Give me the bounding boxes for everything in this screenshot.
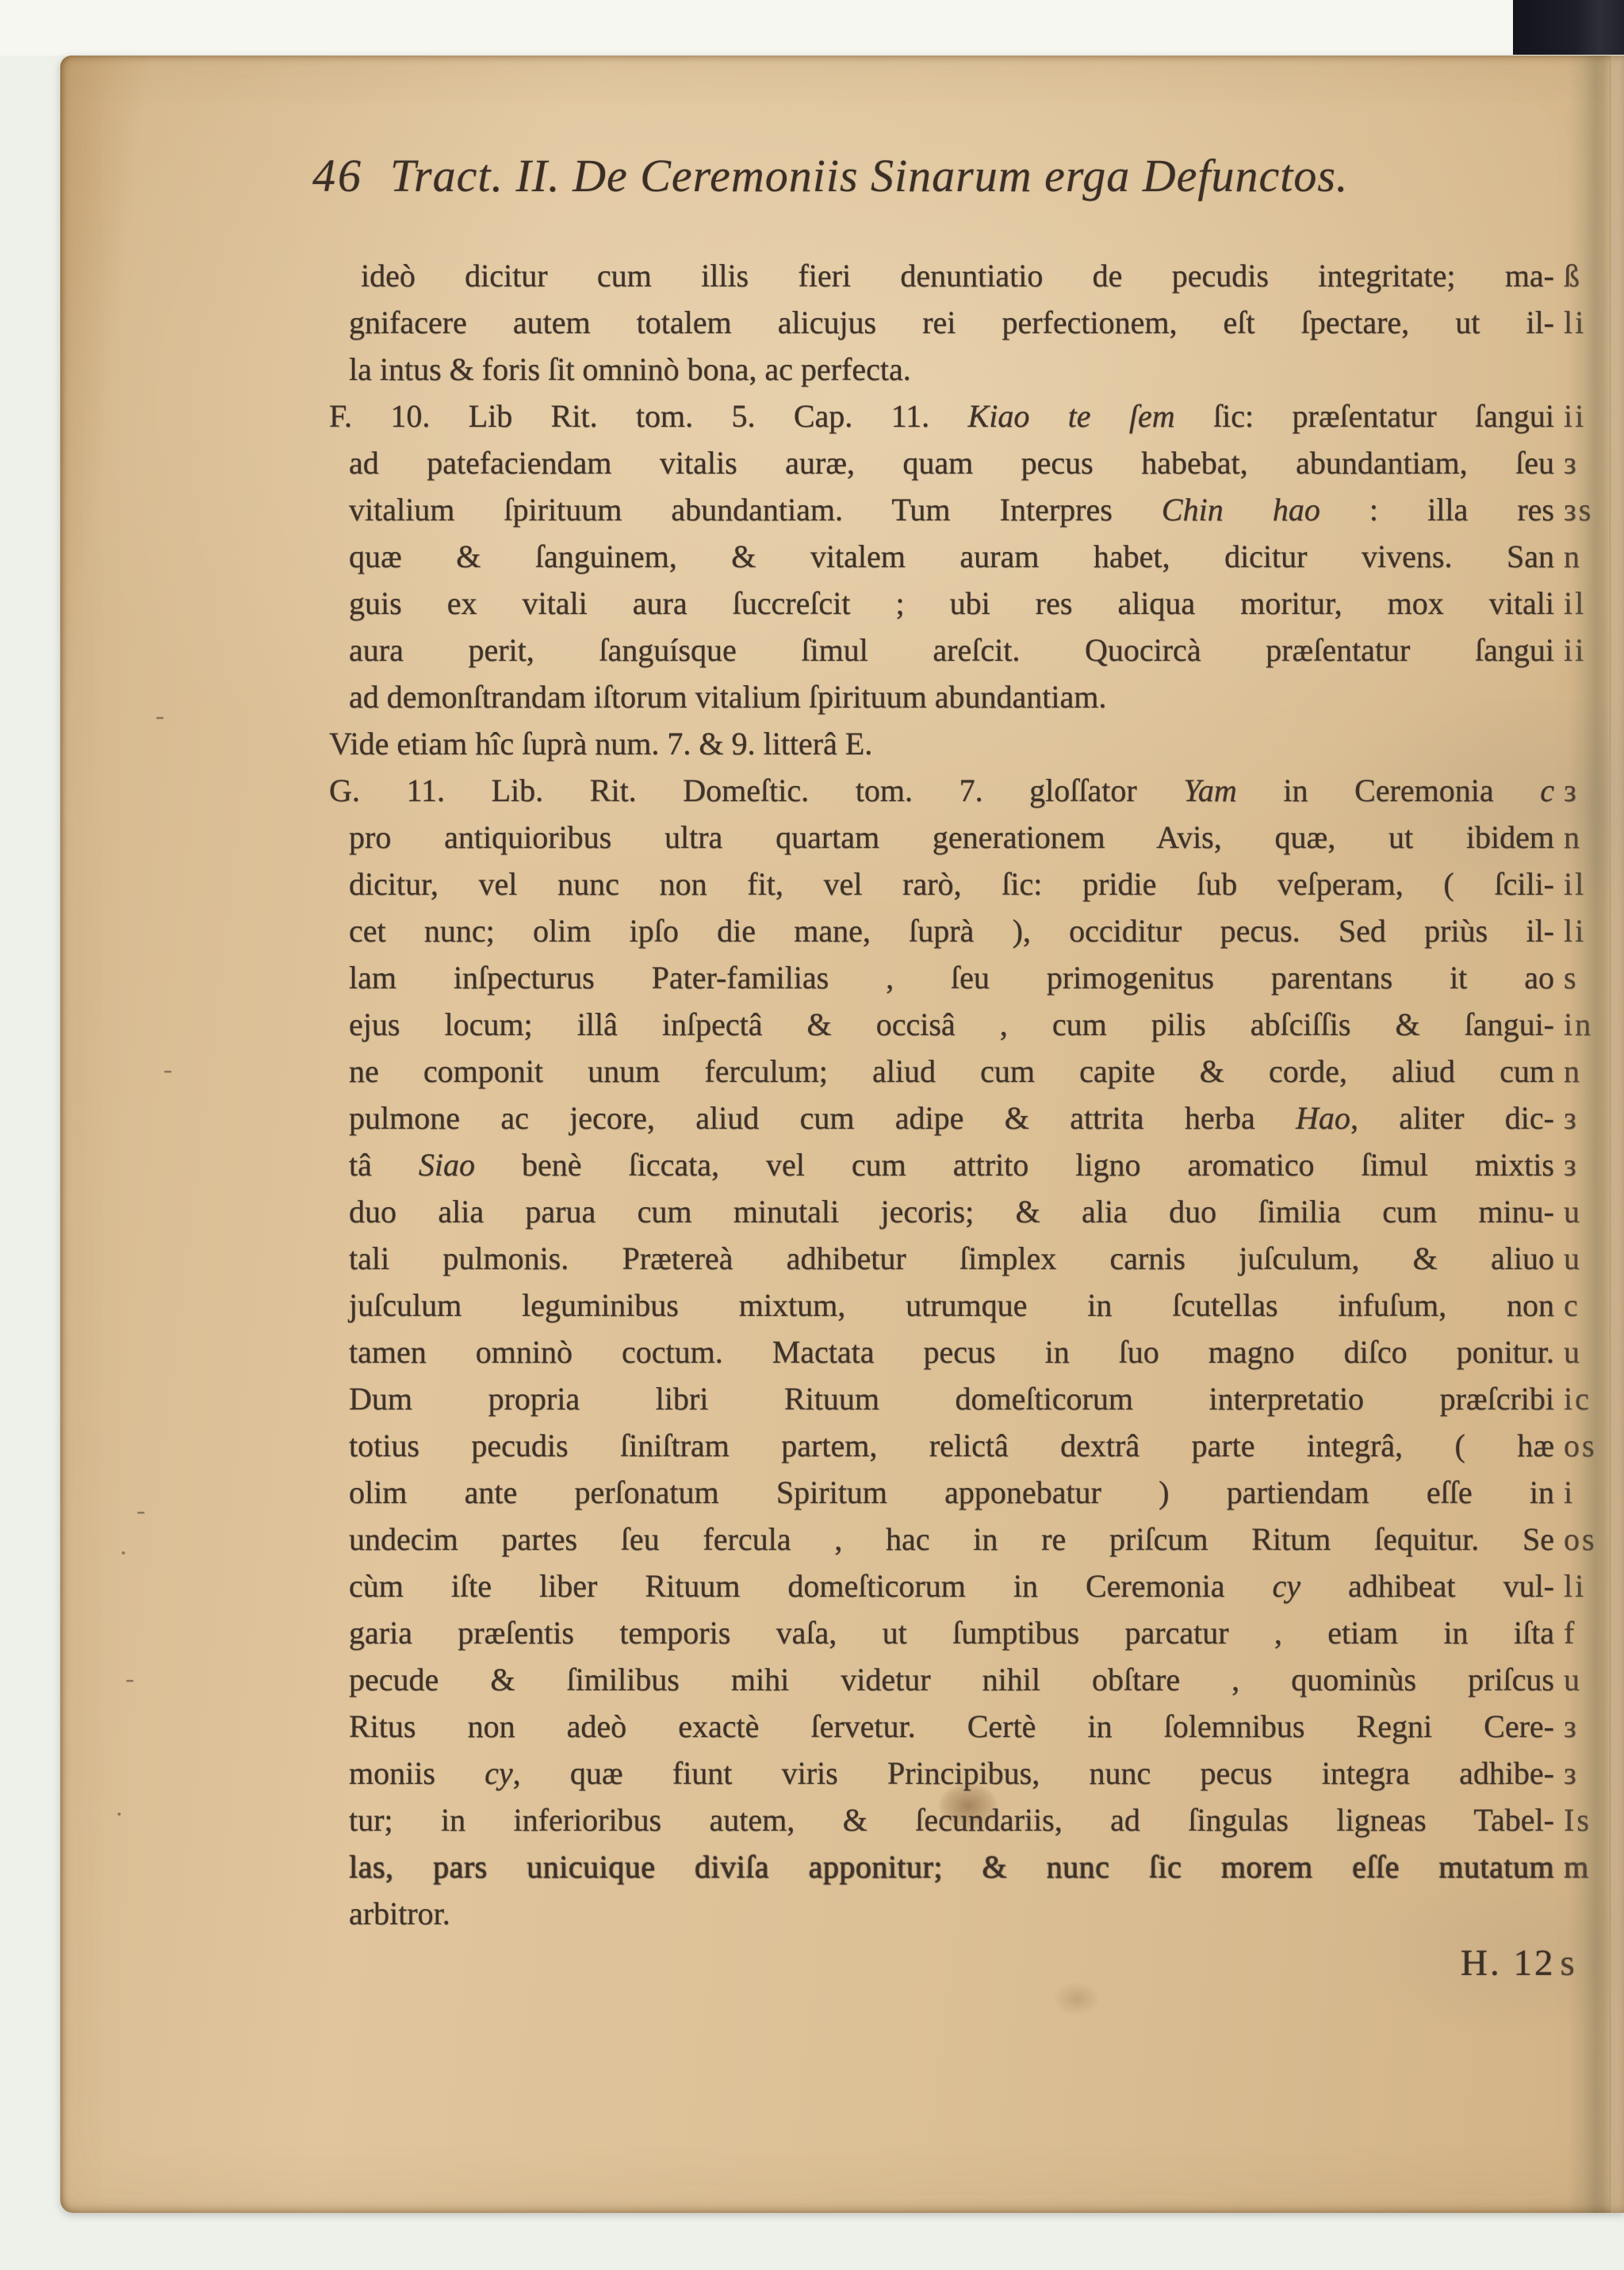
text-line: ne componit unum ferculum; aliud cum cap… <box>349 1048 1554 1095</box>
margin-mark: - <box>155 701 164 731</box>
text-line: garia præſentis temporis vaſa, ut ſumpti… <box>349 1609 1554 1656</box>
page-header: 46Tract. II. De Ceremoniis Sinarum erga … <box>312 149 1549 202</box>
scan-dark-strip <box>1513 0 1624 55</box>
text-line: cet nunc; olim ipſo die mane, ſuprà ), o… <box>349 907 1554 954</box>
text-line: tur; in inferioribus autem, & ſecundarii… <box>349 1796 1554 1843</box>
margin-mark: - <box>125 1664 134 1694</box>
text-line: ad demonſtrandam iſtorum vitalium ſpirit… <box>349 673 1554 720</box>
margin-mark: · <box>119 1539 128 1569</box>
text-line: quæ & ſanguinem, & vitalem auram habet, … <box>349 533 1554 580</box>
text-line: G. 11. Lib. Rit. Domeſtic. tom. 7. gloſſ… <box>329 767 1554 814</box>
text-line: pro antiquioribus ultra quartam generati… <box>349 814 1554 861</box>
text-line: aura perit, ſanguísque ſimul areſcit. Qu… <box>349 627 1554 673</box>
running-title: Tract. II. De Ceremoniis Sinarum erga De… <box>390 150 1348 201</box>
text-line: Ritus non adeò exactè ſervetur. Certè in… <box>349 1703 1554 1750</box>
margin-mark: - <box>163 1055 172 1085</box>
text-line: guis ex vitali aura ſuccreſcit ; ubi res… <box>349 580 1554 627</box>
ink-stain <box>1053 1981 1101 2016</box>
italic-term: cy <box>1273 1568 1301 1604</box>
text-line: totius pecudis ſiniſtram partem, relictâ… <box>349 1422 1554 1469</box>
text-line: ideò dicitur cum illis fieri denuntiatio… <box>349 252 1554 299</box>
italic-term: c <box>1540 773 1554 808</box>
scan-background: 46Tract. II. De Ceremoniis Sinarum erga … <box>0 0 1624 2270</box>
scanner-top-strip <box>0 0 1624 56</box>
text-line: moniis cy, quæ fiunt viris Principibus, … <box>349 1750 1554 1796</box>
text-block: ideò dicitur cum illis fieri denuntiatio… <box>349 252 1554 1937</box>
text-line: Dum propria libri Rituum domeſticorum in… <box>349 1375 1554 1422</box>
margin-mark: . <box>116 1793 123 1823</box>
catchword: H. 12s <box>1461 1942 1577 1984</box>
text-line: dicitur, vel nunc non fit, vel rarò, ſic… <box>349 861 1554 907</box>
margin-mark: - <box>136 1496 145 1526</box>
text-line: tamen omninò coctum. Mactata pecus in ſu… <box>349 1329 1554 1375</box>
text-line: pulmone ac jecore, aliud cum adipe & att… <box>349 1095 1554 1141</box>
italic-term: Hao <box>1296 1100 1350 1136</box>
italic-term: Yam <box>1183 773 1236 808</box>
text-line: ejus locum; illâ inſpectâ & occisâ , cum… <box>349 1001 1554 1048</box>
page-number: 46 <box>312 150 363 201</box>
text-line: pecude & ſimilibus mihi videtur nihil ob… <box>349 1656 1554 1703</box>
underlying-page-edge <box>1610 56 1624 2213</box>
text-line: ad patefaciendam vitalis auræ, quam pecu… <box>349 439 1554 486</box>
text-line: F. 10. Lib Rit. tom. 5. Cap. 11. Kiao te… <box>329 393 1554 439</box>
text-line: las, pars unicuique diviſa apponitur; & … <box>349 1843 1554 1890</box>
text-line: vitalium ſpirituum abundantiam. Tum Inte… <box>349 486 1554 533</box>
text-line: gnifacere autem totalem alicujus rei per… <box>349 299 1554 346</box>
text-line: la intus & foris ſit omninò bona, ac per… <box>349 346 1554 393</box>
catchword-text: H. 12 <box>1461 1942 1555 1984</box>
text-line: duo alia parua cum minutali jecoris; & a… <box>349 1188 1554 1235</box>
text-line: tâ Siao benè ſiccata, vel cum attrito li… <box>349 1141 1554 1188</box>
text-line: arbitror. <box>349 1890 1554 1937</box>
text-line: lam inſpecturus Pater-familias , ſeu pri… <box>349 954 1554 1001</box>
italic-term: Chin hao <box>1162 492 1320 527</box>
italic-term: Siao <box>419 1147 475 1183</box>
text-line: cùm iſte liber Rituum domeſticorum in Ce… <box>349 1563 1554 1609</box>
text-line: juſculum leguminibus mixtum, utrumque in… <box>349 1282 1554 1329</box>
text-line: Vide etiam hîc ſuprà num. 7. & 9. litter… <box>329 720 1554 767</box>
italic-term: Kiao te ſem <box>968 398 1175 434</box>
text-line: tali pulmonis. Prætereà adhibetur ſimple… <box>349 1235 1554 1282</box>
italic-term: cy <box>485 1755 513 1791</box>
text-line: undecim partes ſeu fercula , hac in re p… <box>349 1516 1554 1563</box>
text-line: olim ante perſonatum Spiritum apponebatu… <box>349 1469 1554 1516</box>
